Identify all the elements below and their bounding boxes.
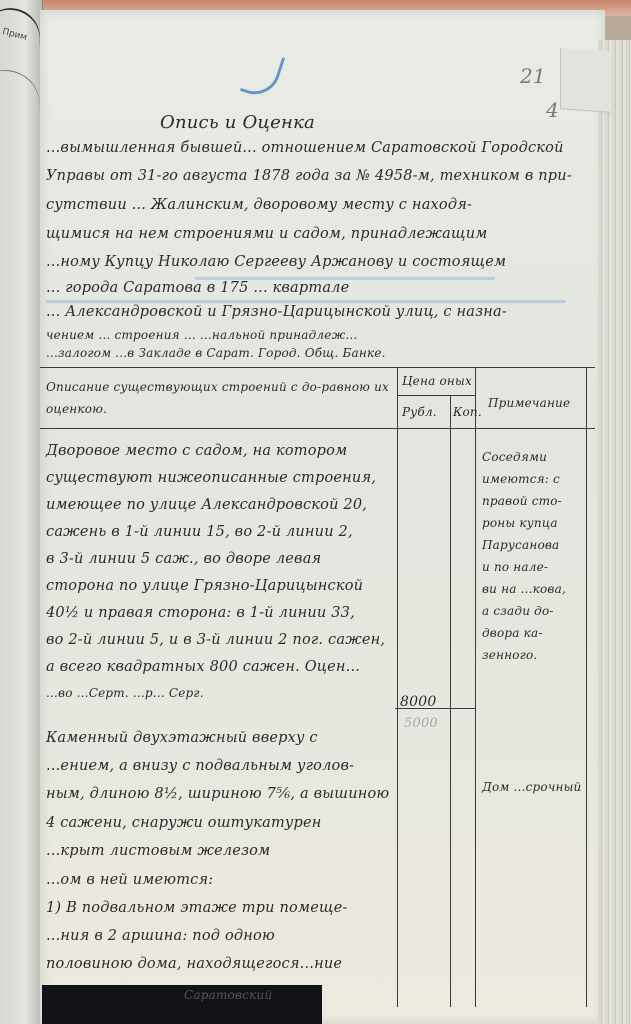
- row2-description-line: Каменный двухэтажный вверху с: [46, 730, 318, 746]
- row1-price-rubles: 8000: [400, 694, 436, 710]
- remarks-line: ви на ...кова,: [482, 582, 566, 596]
- row1-description-line: во 2-й линии 5, и в 3-й линии 2 пог. саж…: [46, 632, 385, 648]
- row1-description-line: а всего квадратных 800 сажен. Оцен...: [46, 659, 360, 675]
- remarks-line: имеются: с: [482, 472, 560, 486]
- blue-pencil-underline: [46, 300, 566, 303]
- preamble-line: ... города Саратова в 175 ... квартале: [46, 280, 349, 296]
- table-rule: [40, 428, 595, 429]
- remarks-line: Соседями: [482, 450, 547, 464]
- row2-description-line: 4 сажени, снаружи оштукатурен: [46, 815, 322, 831]
- preamble-line: щимися на нем строениями и садом, принад…: [46, 226, 487, 242]
- preamble-line: Управы от 31-го августа 1878 года за № 4…: [46, 168, 572, 184]
- row1-description-line: Дворовое место с садом, на котором: [46, 443, 347, 459]
- remarks-line: правой сто-: [482, 494, 562, 508]
- preamble-line: чением ... строения ... ...нальной прина…: [46, 328, 357, 342]
- remarks-line: Парусанова: [482, 538, 559, 552]
- row2-remarks: Дом ...срочный: [482, 780, 582, 794]
- table-rule: [397, 395, 475, 396]
- row2-description-line: половиною дома, находящегося...ние: [46, 956, 342, 972]
- pencil-mark: 4: [546, 98, 559, 122]
- document-title: Опись и Оценка: [160, 112, 315, 133]
- header-remarks: Примечание: [488, 396, 570, 410]
- row1-description-line: 40½ и правая сторона: в 1-й линии 33,: [46, 605, 355, 621]
- table-rule: [397, 367, 398, 1007]
- table-rule: [475, 367, 476, 1007]
- header-kopecks: Коп.: [453, 405, 482, 419]
- row1-description-line: сторона по улице Грязно-Царицынской: [46, 578, 363, 594]
- row2-description-line: 1) В подвальном этаже три помеще-: [46, 900, 348, 916]
- row2-description-line: ...ением, а внизу с подвальным уголов-: [46, 758, 354, 774]
- row2-description-line: ...ом в ней имеются:: [46, 872, 213, 888]
- folded-corner: [560, 48, 611, 113]
- header-rubles: Рубл.: [402, 405, 437, 419]
- footer-stamp-text: Саратовский: [184, 988, 272, 1002]
- preamble-line: ...ному Купцу Николаю Сергееву Аржанову …: [46, 254, 506, 270]
- left-facing-page: Прим: [0, 0, 43, 1024]
- header-description: Описание существующих строений с до-равн…: [46, 376, 391, 420]
- row1-description-line: имеющее по улице Александровской 20,: [46, 497, 367, 513]
- row1-pencil-value: 5000: [404, 716, 438, 731]
- header-price: Цена оных: [402, 374, 472, 388]
- preamble-line: ... Александровской и Грязно-Царицынской…: [46, 304, 507, 320]
- row1-description-line: в 3-й линии 5 саж., во дворе левая: [46, 551, 321, 567]
- preamble-line: ...залогом ...в Закладе в Сарат. Город. …: [46, 346, 386, 360]
- preamble-line: сутствии ... Жалинским, дворовому месту …: [46, 197, 472, 213]
- preamble-line: ...вымышленная бывшей... отношением Сара…: [46, 140, 564, 156]
- row2-description-line: ным, длиною 8½, шириною 7⅚, а вышиною: [46, 786, 389, 802]
- remarks-line: роны купца: [482, 516, 558, 530]
- table-rule: [40, 367, 595, 368]
- remarks-line: и по нале-: [482, 560, 548, 574]
- row1-description-line: ...во ...Серт. ...р... Серг.: [46, 686, 204, 700]
- row1-description-line: сажень в 1-й линии 15, во 2-й линии 2,: [46, 524, 353, 540]
- remarks-line: зенного.: [482, 648, 537, 662]
- dark-cover-sheet: [42, 985, 322, 1024]
- remarks-line: а сзади до-: [482, 604, 554, 618]
- row2-description-line: ...ния в 2 аршина: под одною: [46, 928, 275, 944]
- row2-description-line: ...крыт листовым железом: [46, 843, 270, 859]
- table-rule: [450, 395, 451, 1007]
- table-rule: [586, 367, 587, 1007]
- row1-description-line: существуют нижеописанные строения,: [46, 470, 376, 486]
- page-stack-edge: [598, 40, 631, 1024]
- blue-pencil-underline: [195, 277, 495, 280]
- remarks-line: двора ка-: [482, 626, 543, 640]
- folio-number: 21: [520, 64, 546, 88]
